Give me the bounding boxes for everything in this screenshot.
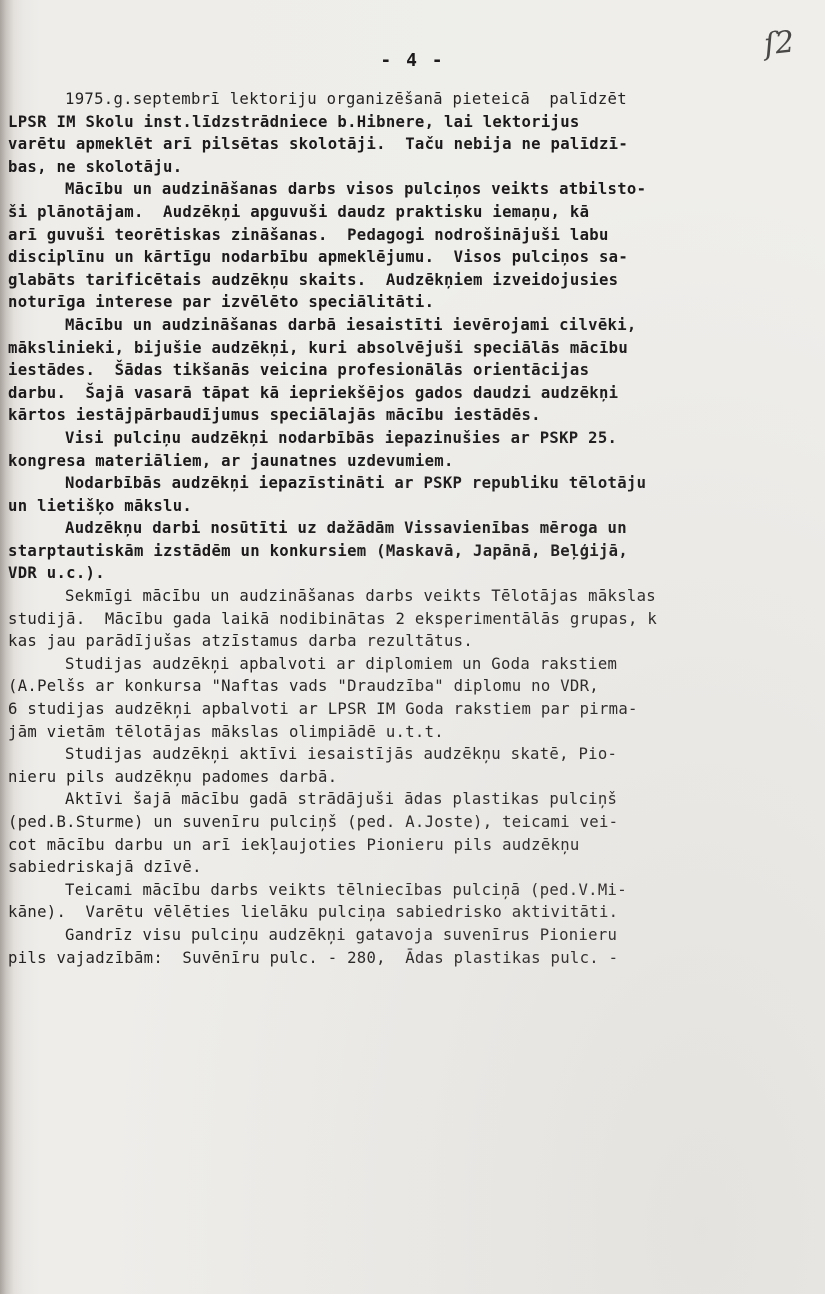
text-line: kongresa materiāliem, ar jaunatnes uzdev… — [8, 450, 825, 473]
text-line: VDR u.c.). — [8, 562, 825, 585]
text-line: bas, ne skolotāju. — [8, 156, 825, 179]
text-line: studijā. Mācību gada laikā nodibinātas 2… — [8, 608, 825, 631]
text-line: 1975.g.septembrī lektoriju organizēšanā … — [8, 88, 825, 111]
text-line: pils vajadzībām: Suvēnīru pulc. - 280, Ā… — [8, 947, 825, 970]
text-line: glabāts tarificētais audzēkņu skaits. Au… — [8, 269, 825, 292]
text-line: Visi pulciņu audzēkņi nodarbībās iepazin… — [8, 427, 825, 450]
text-line: Gandrīz visu pulciņu audzēkņi gatavoja s… — [8, 924, 825, 947]
text-line: kārtos iestājpārbaudījumus speciālajās m… — [8, 404, 825, 427]
text-line: (A.Pelšs ar konkursa "Naftas vads "Draud… — [8, 675, 825, 698]
text-line: (ped.B.Sturme) un suvenīru pulciņš (ped.… — [8, 811, 825, 834]
text-line: Mācību un audzināšanas darbā iesaistīti … — [8, 314, 825, 337]
text-line: cot mācību darbu un arī iekļaujoties Pio… — [8, 834, 825, 857]
document-page: ſ2 - 4 - 1975.g.septembrī lektoriju orga… — [0, 0, 825, 1294]
text-line: arī guvuši teorētiskas zināšanas. Pedago… — [8, 224, 825, 247]
text-line: Audzēkņu darbi nosūtīti uz dažādām Vissa… — [8, 517, 825, 540]
text-line: Studijas audzēkņi aktīvi iesaistījās aud… — [8, 743, 825, 766]
text-line: noturīga interese par izvēlēto speciālit… — [8, 291, 825, 314]
text-line: Studijas audzēkņi apbalvoti ar diplomiem… — [8, 653, 825, 676]
text-line: Mācību un audzināšanas darbs visos pulci… — [8, 178, 825, 201]
text-line: starptautiskām izstādēm un konkursiem (M… — [8, 540, 825, 563]
text-line: un lietišķo mākslu. — [8, 495, 825, 518]
typed-text-body: 1975.g.septembrī lektoriju organizēšanā … — [8, 88, 825, 969]
text-line: iestādes. Šādas tikšanās veicina profesi… — [8, 359, 825, 382]
text-line: kas jau parādījušas atzīstamus darba rez… — [8, 630, 825, 653]
text-line: ši plānotājam. Audzēkņi apguvuši daudz p… — [8, 201, 825, 224]
text-line: kāne). Varētu vēlēties lielāku pulciņa s… — [8, 901, 825, 924]
text-line: 6 studijas audzēkņi apbalvoti ar LPSR IM… — [8, 698, 825, 721]
text-line: sabiedriskajā dzīvē. — [8, 856, 825, 879]
text-line: Teicami mācību darbs veikts tēlniecības … — [8, 879, 825, 902]
text-line: nieru pils audzēkņu padomes darbā. — [8, 766, 825, 789]
text-line: jām vietām tēlotājas mākslas olimpiādē u… — [8, 721, 825, 744]
text-line: Nodarbībās audzēkņi iepazīstināti ar PSK… — [8, 472, 825, 495]
text-line: varētu apmeklēt arī pilsētas skolotāji. … — [8, 133, 825, 156]
text-line: Aktīvi šajā mācību gadā strādājuši ādas … — [8, 788, 825, 811]
text-line: LPSR IM Skolu inst.līdzstrādniece b.Hibn… — [8, 111, 825, 134]
text-line: Sekmīgi mācību un audzināšanas darbs vei… — [8, 585, 825, 608]
page-number: - 4 - — [0, 50, 825, 71]
text-line: mākslinieki, bijušie audzēkņi, kuri abso… — [8, 337, 825, 360]
text-line: darbu. Šajā vasarā tāpat kā iepriekšējos… — [8, 382, 825, 405]
text-line: disciplīnu un kārtīgu nodarbību apmeklēj… — [8, 246, 825, 269]
